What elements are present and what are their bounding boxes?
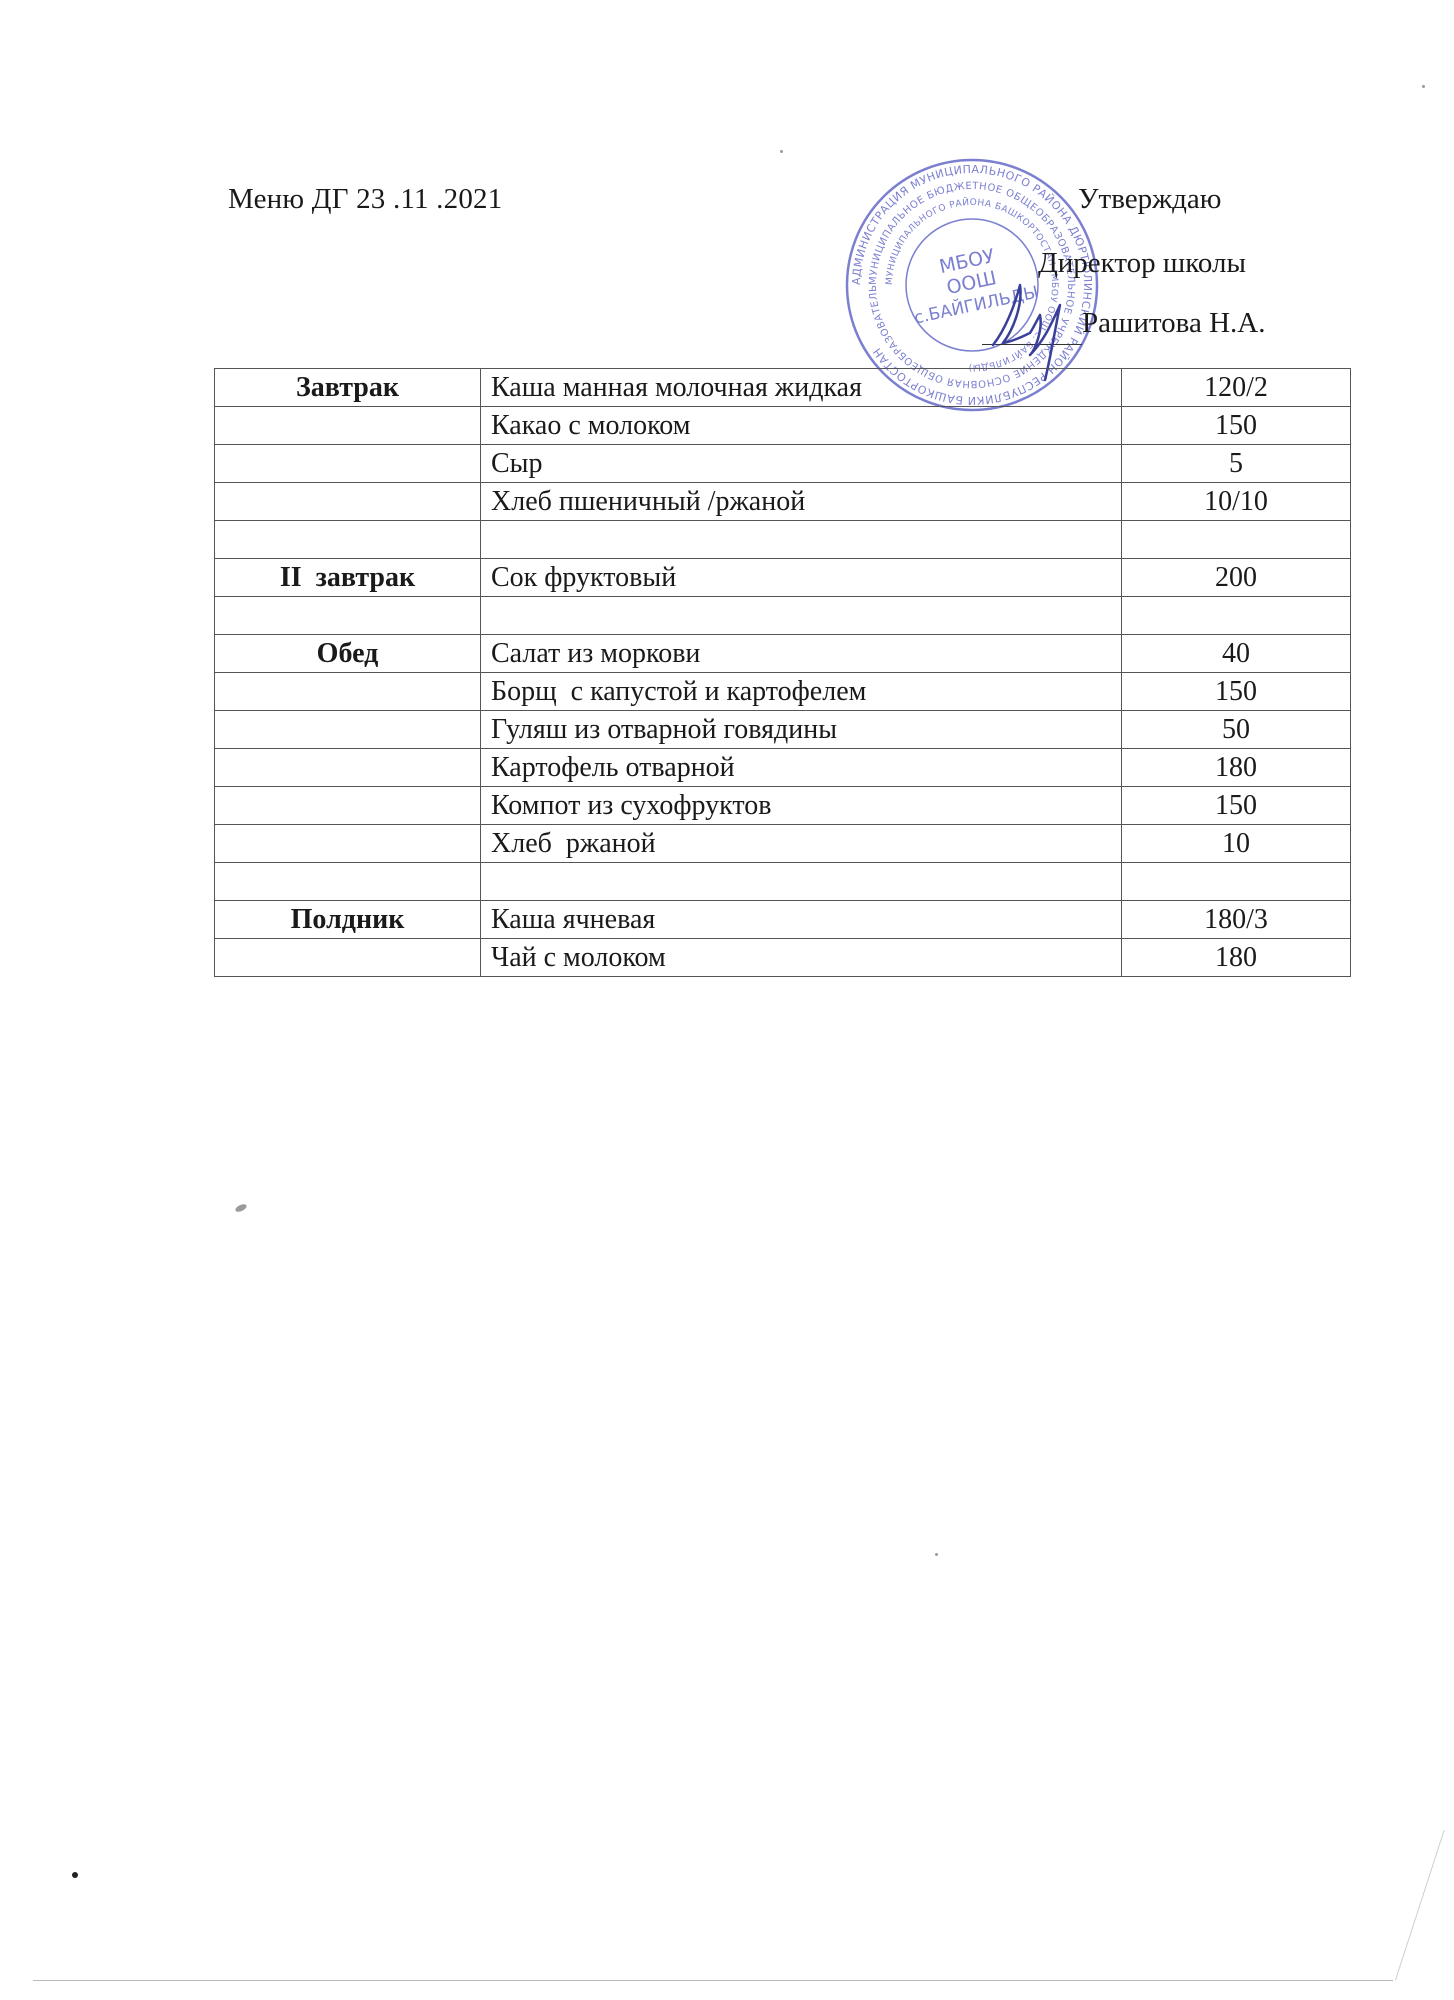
dish-cell: Салат из моркови	[481, 635, 1122, 673]
portion-cell: 5	[1122, 445, 1351, 483]
portion-cell: 150	[1122, 787, 1351, 825]
stamp-center-line-1: МБОУ	[937, 245, 997, 278]
scan-speck	[1422, 85, 1425, 88]
menu-table: ЗавтракКаша манная молочная жидкая120/2К…	[214, 368, 1351, 977]
scan-speck	[780, 150, 783, 153]
scanned-page: Меню ДГ 23 .11 .2021 АДМИНИСТРАЦИЯ МУНИЦ…	[0, 0, 1454, 2000]
page-edge	[1395, 1830, 1445, 1980]
table-row	[215, 521, 1351, 559]
meal-cell	[215, 521, 481, 559]
meal-cell	[215, 407, 481, 445]
portion-cell: 120/2	[1122, 369, 1351, 407]
dish-cell	[481, 863, 1122, 901]
portion-cell	[1122, 597, 1351, 635]
approval-label: Утверждаю	[1078, 183, 1221, 216]
dish-cell: Чай с молоком	[481, 939, 1122, 977]
dish-cell	[481, 521, 1122, 559]
table-row: Картофель отварной180	[215, 749, 1351, 787]
portion-cell: 180	[1122, 939, 1351, 977]
dish-cell: Сыр	[481, 445, 1122, 483]
dish-cell: Картофель отварной	[481, 749, 1122, 787]
approver-position: Директор школы	[1038, 247, 1246, 280]
page-edge	[33, 1980, 1393, 1981]
table-row: Чай с молоком180	[215, 939, 1351, 977]
stamp-inner-text: МУНИЦИПАЛЬНОГО РАЙОНА БАШКОРТОСТАН (МБОУ…	[885, 196, 1059, 372]
meal-cell: Завтрак	[215, 369, 481, 407]
portion-cell: 150	[1122, 673, 1351, 711]
portion-cell: 40	[1122, 635, 1351, 673]
portion-cell: 180/3	[1122, 901, 1351, 939]
portion-cell: 150	[1122, 407, 1351, 445]
meal-cell	[215, 939, 481, 977]
dish-cell: Каша ячневая	[481, 901, 1122, 939]
meal-cell	[215, 711, 481, 749]
portion-cell: 10	[1122, 825, 1351, 863]
table-row: ОбедСалат из моркови40	[215, 635, 1351, 673]
portion-cell: 180	[1122, 749, 1351, 787]
scan-speck	[935, 1553, 938, 1556]
table-row: Гуляш из отварной говядины50	[215, 711, 1351, 749]
dish-cell	[481, 597, 1122, 635]
meal-cell	[215, 483, 481, 521]
meal-cell	[215, 787, 481, 825]
dish-cell: Хлеб пшеничный /ржаной	[481, 483, 1122, 521]
portion-cell: 50	[1122, 711, 1351, 749]
meal-cell: Обед	[215, 635, 481, 673]
table-row: Борщ с капустой и картофелем150	[215, 673, 1351, 711]
table-row: ПолдникКаша ячневая180/3	[215, 901, 1351, 939]
dish-cell: Компот из сухофруктов	[481, 787, 1122, 825]
dish-cell: Борщ с капустой и картофелем	[481, 673, 1122, 711]
dish-cell: Хлеб ржаной	[481, 825, 1122, 863]
table-row	[215, 597, 1351, 635]
table-row: Компот из сухофруктов150	[215, 787, 1351, 825]
signature-line	[982, 344, 1082, 345]
portion-cell	[1122, 521, 1351, 559]
svg-text:МУНИЦИПАЛЬНОГО РАЙОНА БАШКОРТО: МУНИЦИПАЛЬНОГО РАЙОНА БАШКОРТОСТАН (МБОУ…	[885, 196, 1059, 372]
dish-cell: Сок фруктовый	[481, 559, 1122, 597]
document-title: Меню ДГ 23 .11 .2021	[228, 183, 502, 216]
dish-cell: Какао с молоком	[481, 407, 1122, 445]
approver-name: Рашитова Н.А.	[1082, 307, 1265, 340]
portion-cell: 200	[1122, 559, 1351, 597]
scan-speck	[72, 1872, 78, 1878]
table-row: Хлеб пшеничный /ржаной10/10	[215, 483, 1351, 521]
table-row: ЗавтракКаша манная молочная жидкая120/2	[215, 369, 1351, 407]
scan-speck	[234, 1203, 247, 1214]
table-row	[215, 863, 1351, 901]
meal-cell	[215, 673, 481, 711]
meal-cell	[215, 825, 481, 863]
table-row: Какао с молоком150	[215, 407, 1351, 445]
stamp-center-line-2: ООШ	[945, 267, 999, 299]
stamp-center-line-3: с.БАЙГИЛЬДЫ	[912, 281, 1040, 329]
portion-cell: 10/10	[1122, 483, 1351, 521]
meal-cell	[215, 445, 481, 483]
dish-cell: Каша манная молочная жидкая	[481, 369, 1122, 407]
meal-cell	[215, 597, 481, 635]
meal-cell: II завтрак	[215, 559, 481, 597]
table-row: II завтракСок фруктовый200	[215, 559, 1351, 597]
dish-cell: Гуляш из отварной говядины	[481, 711, 1122, 749]
meal-cell	[215, 863, 481, 901]
meal-cell: Полдник	[215, 901, 481, 939]
portion-cell	[1122, 863, 1351, 901]
table-row: Сыр5	[215, 445, 1351, 483]
table-row: Хлеб ржаной10	[215, 825, 1351, 863]
meal-cell	[215, 749, 481, 787]
